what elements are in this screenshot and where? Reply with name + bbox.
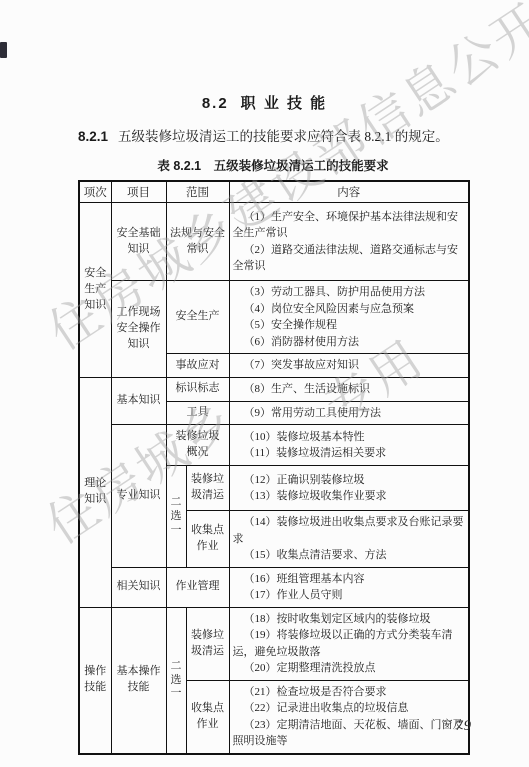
item-cell: 工作现场安全操作知识 <box>111 281 166 378</box>
content-item: （22）记录进出收集点的垃圾信息 <box>233 700 467 717</box>
content-item: （1）生产安全、环境保护基本法律法规和安全生产常识 <box>233 209 467 242</box>
section-label-cell: 操作技能 <box>79 607 111 754</box>
header-scope: 范围 <box>166 181 229 203</box>
clause-number: 8.2.1 <box>78 129 108 144</box>
table-row: 安全生产知识 安全基础知识 法规与安全常识 （1）生产安全、环境保护基本法律法规… <box>79 203 469 281</box>
scope-cell: 装修垃圾 概况 <box>166 425 229 466</box>
content-cell: （8）生产、生活设施标识 <box>229 377 469 401</box>
content-item: （5）安全操作规程 <box>233 317 467 334</box>
content-cell: （21）检查垃圾是否符合要求 （22）记录进出收集点的垃圾信息 （23）定期清洁… <box>229 680 469 754</box>
item-cell: 相关知识 <box>111 567 166 607</box>
scope-cell: 事故应对 <box>166 354 229 378</box>
table-row: 操作技能 基本操作技能 二选一 装修垃圾清运 （18）按时收集划定区域内的装修垃… <box>79 607 469 680</box>
table-row: 相关知识 作业管理 （16）班组管理基本内容 （17）作业人员守则 <box>79 567 469 607</box>
content-cell: （12）正确识别装修垃圾 （13）装修垃圾收集作业要求 <box>229 466 469 511</box>
item-cell: 基本知识 <box>111 377 166 425</box>
content-cell: （16）班组管理基本内容 （17）作业人员守则 <box>229 567 469 607</box>
scope-cell: 安全生产 <box>166 281 229 354</box>
scope-cell: 法规与安全常识 <box>166 203 229 281</box>
content-item: （7）突发事故应对知识 <box>233 357 467 374</box>
scope-cell: 标识标志 <box>166 377 229 401</box>
content-item: （14）装修垃圾进出收集点要求及台账记录要求 <box>233 514 467 547</box>
choice-cell: 二选一 <box>166 607 186 754</box>
scope-line: 概况 <box>169 445 227 461</box>
clause-text: 五级装修垃圾清运工的技能要求应符合表 8.2.1 的规定。 <box>118 129 449 144</box>
skills-table: 项次 项目 范围 内容 安全生产知识 安全基础知识 法规与安全常识 （1）生产安… <box>78 180 470 755</box>
table-caption: 表 8.2.1 五级装修垃圾清运工的技能要求 <box>78 156 468 174</box>
content-cell: （9）常用劳动工具使用方法 <box>229 401 469 425</box>
table-row: 专业知识 装修垃圾 概况 （10）装修垃圾基本特性 （11）装修垃圾清运相关要求 <box>79 425 469 466</box>
content-item: （17）作业人员守则 <box>233 587 467 604</box>
section-title: 职 业 技 能 <box>241 95 328 112</box>
content-item: （10）装修垃圾基本特性 <box>233 429 467 446</box>
content-cell: （1）生产安全、环境保护基本法律法规和安全生产常识 （2）道路交通法律法规、道路… <box>229 203 469 281</box>
content-item: （6）消防器材使用方法 <box>233 334 467 351</box>
item-cell: 专业知识 <box>111 425 166 568</box>
clause-paragraph: 8.2.1五级装修垃圾清运工的技能要求应符合表 8.2.1 的规定。 <box>78 128 499 147</box>
content-item: （9）常用劳动工具使用方法 <box>233 405 467 422</box>
section-label-cell: 安全生产知识 <box>79 203 111 378</box>
table-row: 理论知识 基本知识 标识标志 （8）生产、生活设施标识 <box>79 377 469 401</box>
choice-cell: 二选一 <box>166 466 186 568</box>
scope-cell: 工具 <box>166 401 229 425</box>
content-cell: （7）突发事故应对知识 <box>229 354 469 378</box>
scope-cell: 装修垃圾清运 <box>186 466 229 511</box>
section-label-cell: 理论知识 <box>79 377 111 607</box>
scan-artifact <box>0 42 7 58</box>
scope-cell: 收集点作业 <box>186 511 229 568</box>
content-cell: （18）按时收集划定区域内的装修垃圾 （19）将装修垃圾以正确的方式分类装车清运… <box>229 607 469 680</box>
scope-line: 装修垃圾 <box>169 429 227 445</box>
table-header-row: 项次 项目 范围 内容 <box>79 181 469 203</box>
scope-cell: 收集点作业 <box>186 680 229 754</box>
item-cell: 基本操作技能 <box>111 607 166 754</box>
page-number: 79 <box>456 718 473 735</box>
content-item: （16）班组管理基本内容 <box>233 571 467 588</box>
table-row: 工作现场安全操作知识 安全生产 （3）劳动工器具、防护用品使用方法 （4）岗位安… <box>79 281 469 354</box>
content-item: （20）定期整理清洗投放点 <box>233 660 467 677</box>
header-content: 内容 <box>229 181 469 203</box>
content-cell: （3）劳动工器具、防护用品使用方法 （4）岗位安全风险因素与应急预案 （5）安全… <box>229 281 469 354</box>
content-item: （21）检查垃圾是否符合要求 <box>233 684 467 701</box>
header-index: 项次 <box>79 181 111 203</box>
content-item: （12）正确识别装修垃圾 <box>233 472 467 489</box>
content-item: （3）劳动工器具、防护用品使用方法 <box>233 284 467 301</box>
scope-cell: 作业管理 <box>166 567 229 607</box>
content-cell: （10）装修垃圾基本特性 （11）装修垃圾清运相关要求 <box>229 425 469 466</box>
section-number: 8.2 <box>202 95 229 112</box>
content-item: （18）按时收集划定区域内的装修垃圾 <box>233 611 467 628</box>
content-item: （15）收集点清洁要求、方法 <box>233 547 467 564</box>
content-item: （19）将装修垃圾以正确的方式分类装车清运，避免垃圾散落 <box>233 627 467 660</box>
content-item: （11）装修垃圾清运相关要求 <box>233 445 467 462</box>
section-heading: 8.2职 业 技 能 <box>0 0 529 113</box>
content-cell: （14）装修垃圾进出收集点要求及台账记录要求 （15）收集点清洁要求、方法 <box>229 511 469 568</box>
content-item: （2）道路交通法律法规、道路交通标志与安全常识 <box>233 242 467 275</box>
header-item: 项目 <box>111 181 166 203</box>
content-item: （13）装修垃圾收集作业要求 <box>233 488 467 505</box>
document-page: 8.2职 业 技 能 8.2.1五级装修垃圾清运工的技能要求应符合表 8.2.1… <box>0 0 529 755</box>
item-cell: 安全基础知识 <box>111 203 166 281</box>
scope-cell: 装修垃圾清运 <box>186 607 229 680</box>
content-item: （8）生产、生活设施标识 <box>233 381 467 398</box>
content-item: （23）定期清洁地面、天花板、墙面、门窗及照明设施等 <box>233 717 467 750</box>
content-item: （4）岗位安全风险因素与应急预案 <box>233 301 467 318</box>
